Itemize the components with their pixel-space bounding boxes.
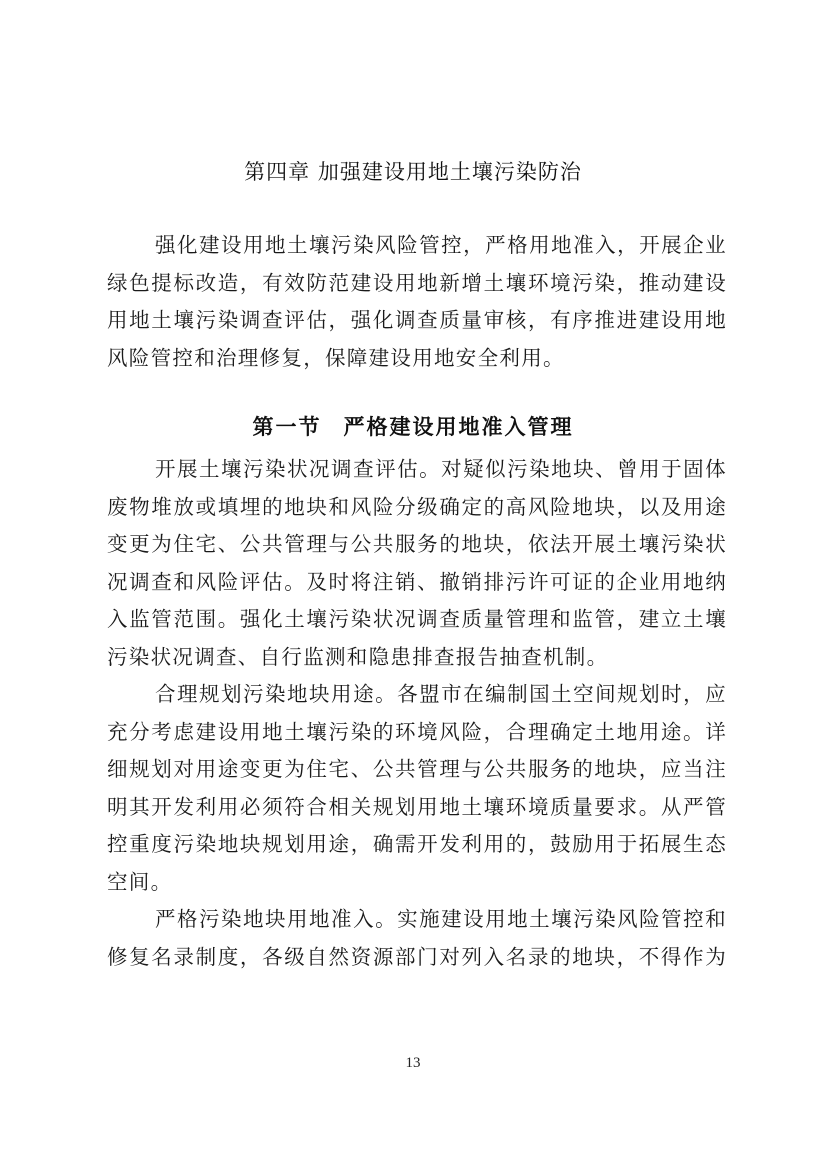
text-line: 合理规划污染地块用途。各盟市在编制国土空间规划时，应 <box>107 676 727 714</box>
paragraph-soil-survey: 开展土壤污染状况调查评估。对疑似污染地块、曾用于固体 废物堆放或填埋的地块和风险… <box>107 451 727 676</box>
text-line: 严格污染地块用地准入。实施建设用地土壤污染风险管控和 <box>107 901 727 939</box>
text-line: 充分考虑建设用地土壤污染的环境风险，合理确定土地用途。详 <box>107 714 727 752</box>
intro-paragraph: 强化建设用地土壤污染风险管控，严格用地准入，开展企业 绿色提标改造，有效防范建设… <box>107 227 727 377</box>
text-line: 入监管范围。强化土壤污染状况调查质量管理和监管，建立土壤 <box>107 601 727 639</box>
paragraph-land-access: 严格污染地块用地准入。实施建设用地土壤污染风险管控和 修复名录制度，各级自然资源… <box>107 901 727 976</box>
text-line: 污染状况调查、自行监测和隐患排查报告抽查机制。 <box>107 639 727 677</box>
chapter-title: 第四章 加强建设用地土壤污染防治 <box>0 156 826 188</box>
text-line: 废物堆放或填埋的地块和风险分级确定的高风险地块，以及用途 <box>107 489 727 527</box>
text-line: 开展土壤污染状况调查评估。对疑似污染地块、曾用于固体 <box>107 451 727 489</box>
text-line: 空间。 <box>107 864 727 902</box>
text-line: 况调查和风险评估。及时将注销、撤销排污许可证的企业用地纳 <box>107 564 727 602</box>
text-line: 风险管控和治理修复，保障建设用地安全利用。 <box>107 340 727 378</box>
text-line: 绿色提标改造，有效防范建设用地新增土壤环境污染，推动建设 <box>107 265 727 303</box>
document-page: 第四章 加强建设用地土壤污染防治 强化建设用地土壤污染风险管控，严格用地准入，开… <box>0 0 826 1169</box>
text-line: 强化建设用地土壤污染风险管控，严格用地准入，开展企业 <box>107 227 727 265</box>
section-heading: 第一节严格建设用地准入管理 <box>0 411 826 443</box>
page-number: 13 <box>0 1055 826 1072</box>
text-line: 明其开发利用必须符合相关规划用地土壤环境质量要求。从严管 <box>107 789 727 827</box>
text-line: 修复名录制度，各级自然资源部门对列入名录的地块，不得作为 <box>107 939 727 977</box>
section-title-text: 严格建设用地准入管理 <box>344 414 574 439</box>
text-line: 用地土壤污染调查评估，强化调查质量审核，有序推进建设用地 <box>107 302 727 340</box>
text-line: 控重度污染地块规划用途，确需开发利用的，鼓励用于拓展生态 <box>107 826 727 864</box>
text-line: 细规划对用途变更为住宅、公共管理与公共服务的地块，应当注 <box>107 751 727 789</box>
text-line: 变更为住宅、公共管理与公共服务的地块，依法开展土壤污染状 <box>107 526 727 564</box>
section-body: 开展土壤污染状况调查评估。对疑似污染地块、曾用于固体 废物堆放或填埋的地块和风险… <box>107 451 727 976</box>
paragraph-land-planning: 合理规划污染地块用途。各盟市在编制国土空间规划时，应 充分考虑建设用地土壤污染的… <box>107 676 727 901</box>
section-number: 第一节 <box>253 414 322 439</box>
